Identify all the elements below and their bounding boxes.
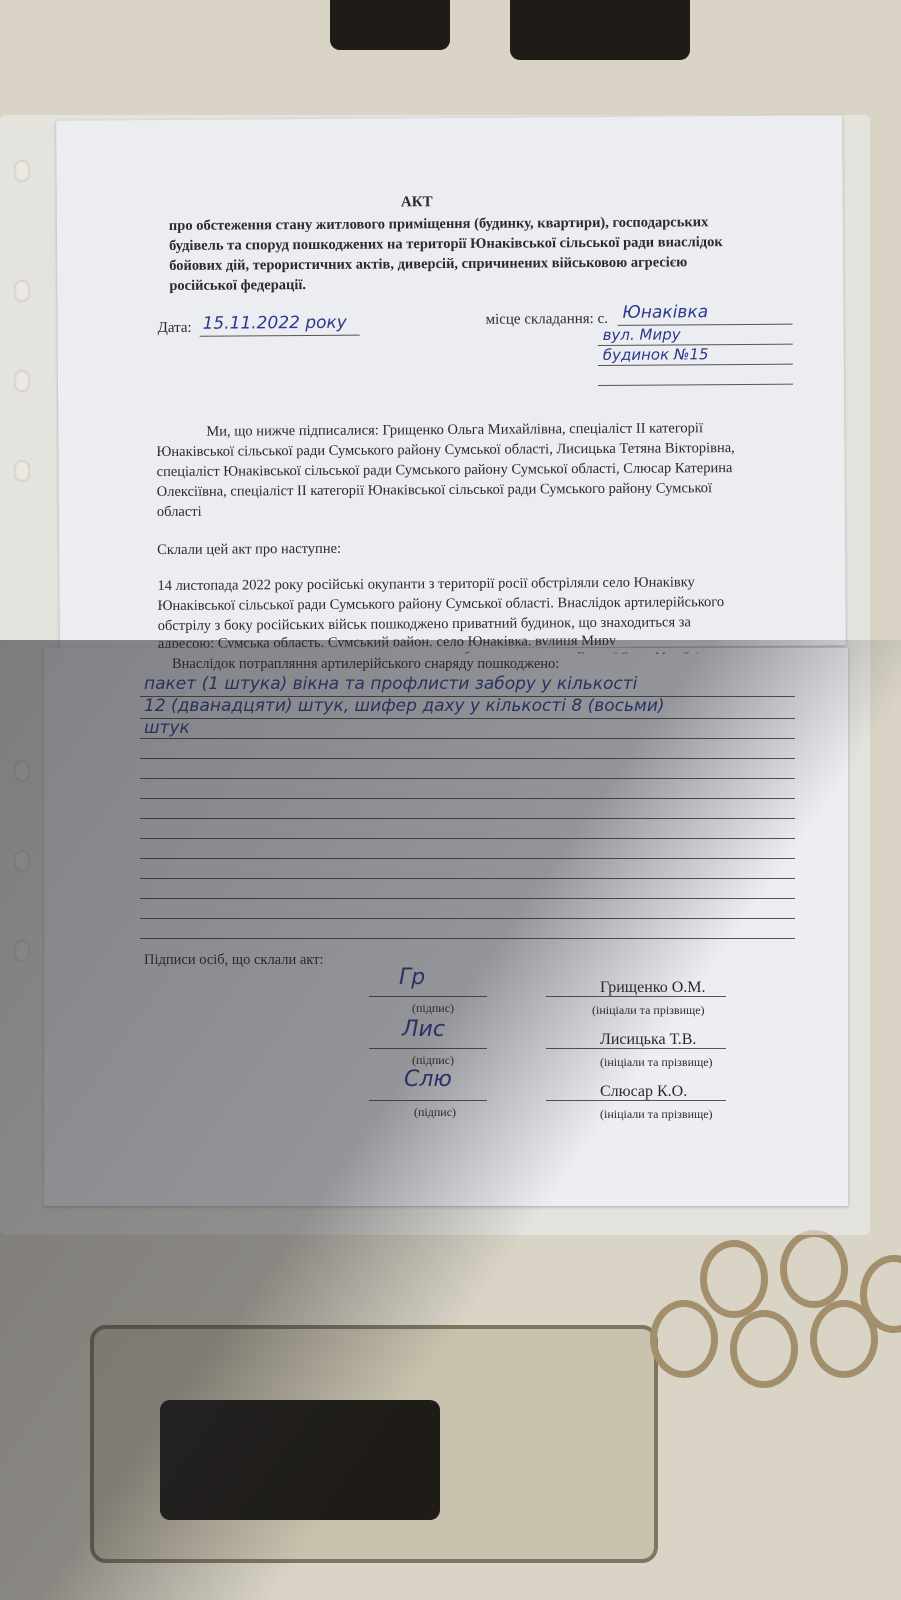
sleeve-hole (14, 940, 30, 962)
intro-line-4: Олексіївна, спеціаліст ІІ категорії Юнак… (157, 478, 712, 502)
ruled-line (140, 938, 795, 939)
signature-line-3 (369, 1100, 487, 1101)
ruled-line (140, 918, 795, 919)
damage-label: Внаслідок потрапляння артилерійського сн… (172, 654, 559, 674)
date-value: 15.11.2022 року (203, 313, 347, 334)
document-subtitle-3: бойових дій, терористичних актів, диверс… (169, 252, 687, 276)
damage-line-3: штук (144, 718, 190, 738)
signer-name-3: Слюсар К.О. (600, 1082, 687, 1102)
place-village: Юнаківка (622, 302, 708, 323)
background-ring (810, 1300, 878, 1378)
sleeve-hole (14, 760, 30, 782)
signature-line-2 (369, 1048, 487, 1049)
damage-line-2: 12 (дванадцяти) штук, шифер даху у кільк… (144, 696, 665, 716)
document-title: АКТ (57, 190, 777, 215)
name-caption-1: (ініціали та прізвище) (592, 1000, 705, 1020)
ruled-line (140, 878, 795, 879)
sleeve-hole (14, 850, 30, 872)
date-underline (200, 335, 360, 337)
ruled-line (140, 898, 795, 899)
place-underline-4 (598, 384, 793, 386)
place-label: місце складання: с. (485, 309, 608, 330)
place-house: будинок №15 (603, 344, 709, 365)
signature-line-1 (369, 996, 487, 997)
background-ring (650, 1300, 718, 1378)
compiled-label: Склали цей акт про наступне: (157, 539, 341, 560)
document-page-top: АКТ про обстеження стану житлового примі… (56, 115, 846, 650)
sleeve-hole (14, 370, 30, 392)
date-label: Дата: (158, 318, 192, 338)
signature-caption-1: (підпис) (412, 998, 454, 1018)
signatures-label: Підписи осіб, що склали акт: (144, 950, 324, 970)
signer-name-2: Лисицька Т.В. (600, 1030, 696, 1050)
ruled-line (140, 838, 795, 839)
place-street: вул. Миру (603, 324, 681, 345)
ruled-line (140, 718, 795, 719)
background-ring (780, 1230, 848, 1308)
signer-name-1: Грищенко О.М. (600, 978, 706, 998)
background-pattern (330, 0, 450, 50)
sleeve-hole (14, 460, 30, 482)
signature-1: Гр (399, 968, 425, 988)
document-subtitle-4: російської федерації. (169, 275, 306, 296)
sleeve-hole (14, 160, 30, 182)
signature-caption-3: (підпис) (414, 1102, 456, 1122)
name-caption-2: (ініціали та прізвище) (600, 1052, 713, 1072)
ruled-line (140, 738, 795, 739)
damage-line-1: пакет (1 штука) вікна та профлисти забор… (144, 674, 637, 694)
ruled-line (140, 758, 795, 759)
ruled-line (140, 858, 795, 859)
intro-line-5: області (157, 502, 202, 522)
background-ring (730, 1310, 798, 1388)
ruled-line (140, 818, 795, 819)
document-page-bottom: будинок належить гр. Гамової Ольги Михай… (44, 648, 848, 1206)
place-underline-3 (598, 364, 793, 366)
background-pattern (160, 1400, 440, 1520)
background-ring (700, 1240, 768, 1318)
background-pattern (510, 0, 690, 60)
ruled-line (140, 798, 795, 799)
name-caption-3: (ініціали та прізвище) (600, 1104, 713, 1124)
signature-2: Лис (402, 1020, 445, 1040)
owner-fragment: будинок належить гр. Гамової Ольги Михай… (464, 646, 718, 654)
ruled-line (140, 778, 795, 779)
sleeve-hole (14, 280, 30, 302)
signature-3: Слю (404, 1070, 452, 1090)
